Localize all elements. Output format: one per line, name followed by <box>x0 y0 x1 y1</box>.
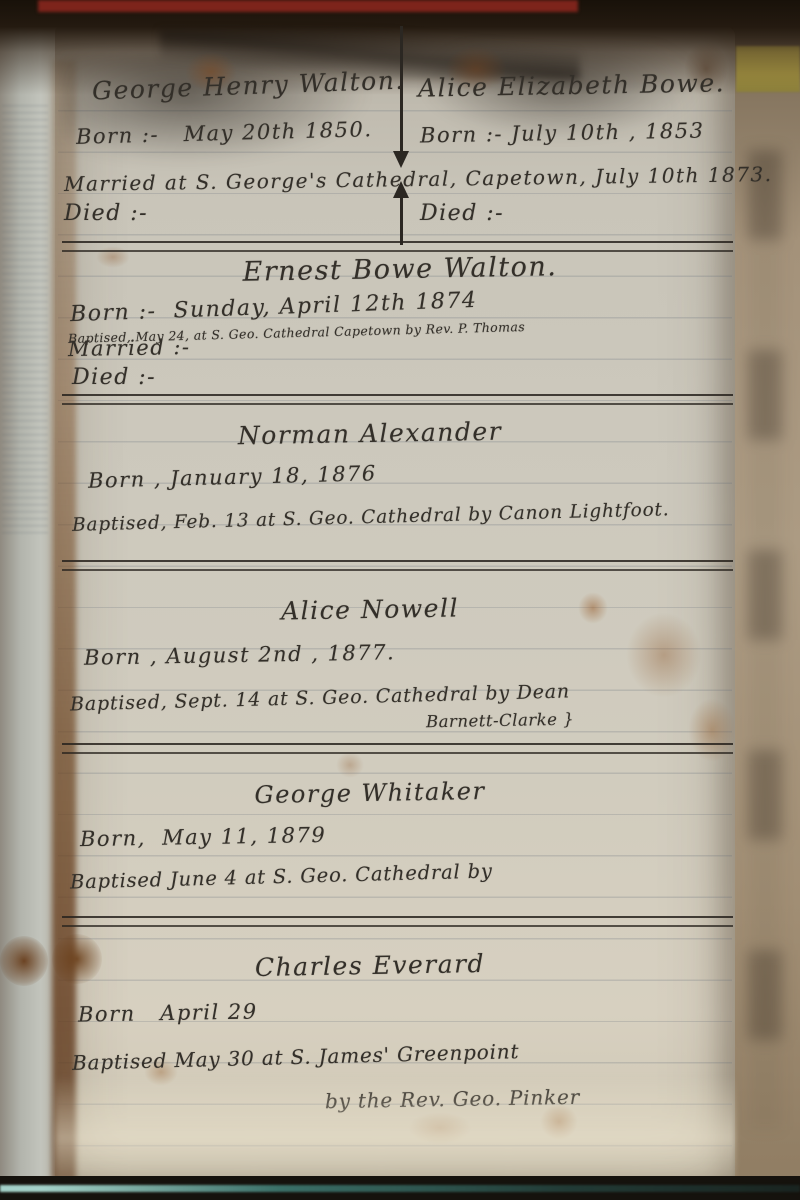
red-book-spine <box>38 0 578 12</box>
mother-name: Alice Elizabeth Bowe. <box>418 69 725 102</box>
arrow-down-icon <box>393 151 409 168</box>
section-divider <box>62 916 733 927</box>
page-fold-stain <box>52 60 76 1180</box>
section-divider <box>62 560 733 571</box>
father-died-line: Died :- <box>64 202 148 226</box>
ghost-print-texture <box>2 105 48 535</box>
section-divider <box>62 394 733 405</box>
section-divider <box>62 743 733 754</box>
page-glare <box>55 1075 735 1180</box>
mother-died-line: Died :- <box>420 202 504 226</box>
ernest-married-line: Married :- <box>68 336 191 361</box>
charles-born-line: Born April 29 <box>78 1000 258 1026</box>
ernest-died-line: Died :- <box>72 366 156 390</box>
glass-reflection <box>0 1185 800 1192</box>
alice-baptised-continuation: Barnett-Clarke } <box>426 711 575 732</box>
george-born-line: Born, May 11, 1879 <box>80 824 327 851</box>
family-register-photo: George Henry Walton. Alice Elizabeth Bow… <box>0 0 800 1200</box>
marriage-connector-line <box>400 197 403 245</box>
right-edge-smudges <box>748 150 782 1130</box>
